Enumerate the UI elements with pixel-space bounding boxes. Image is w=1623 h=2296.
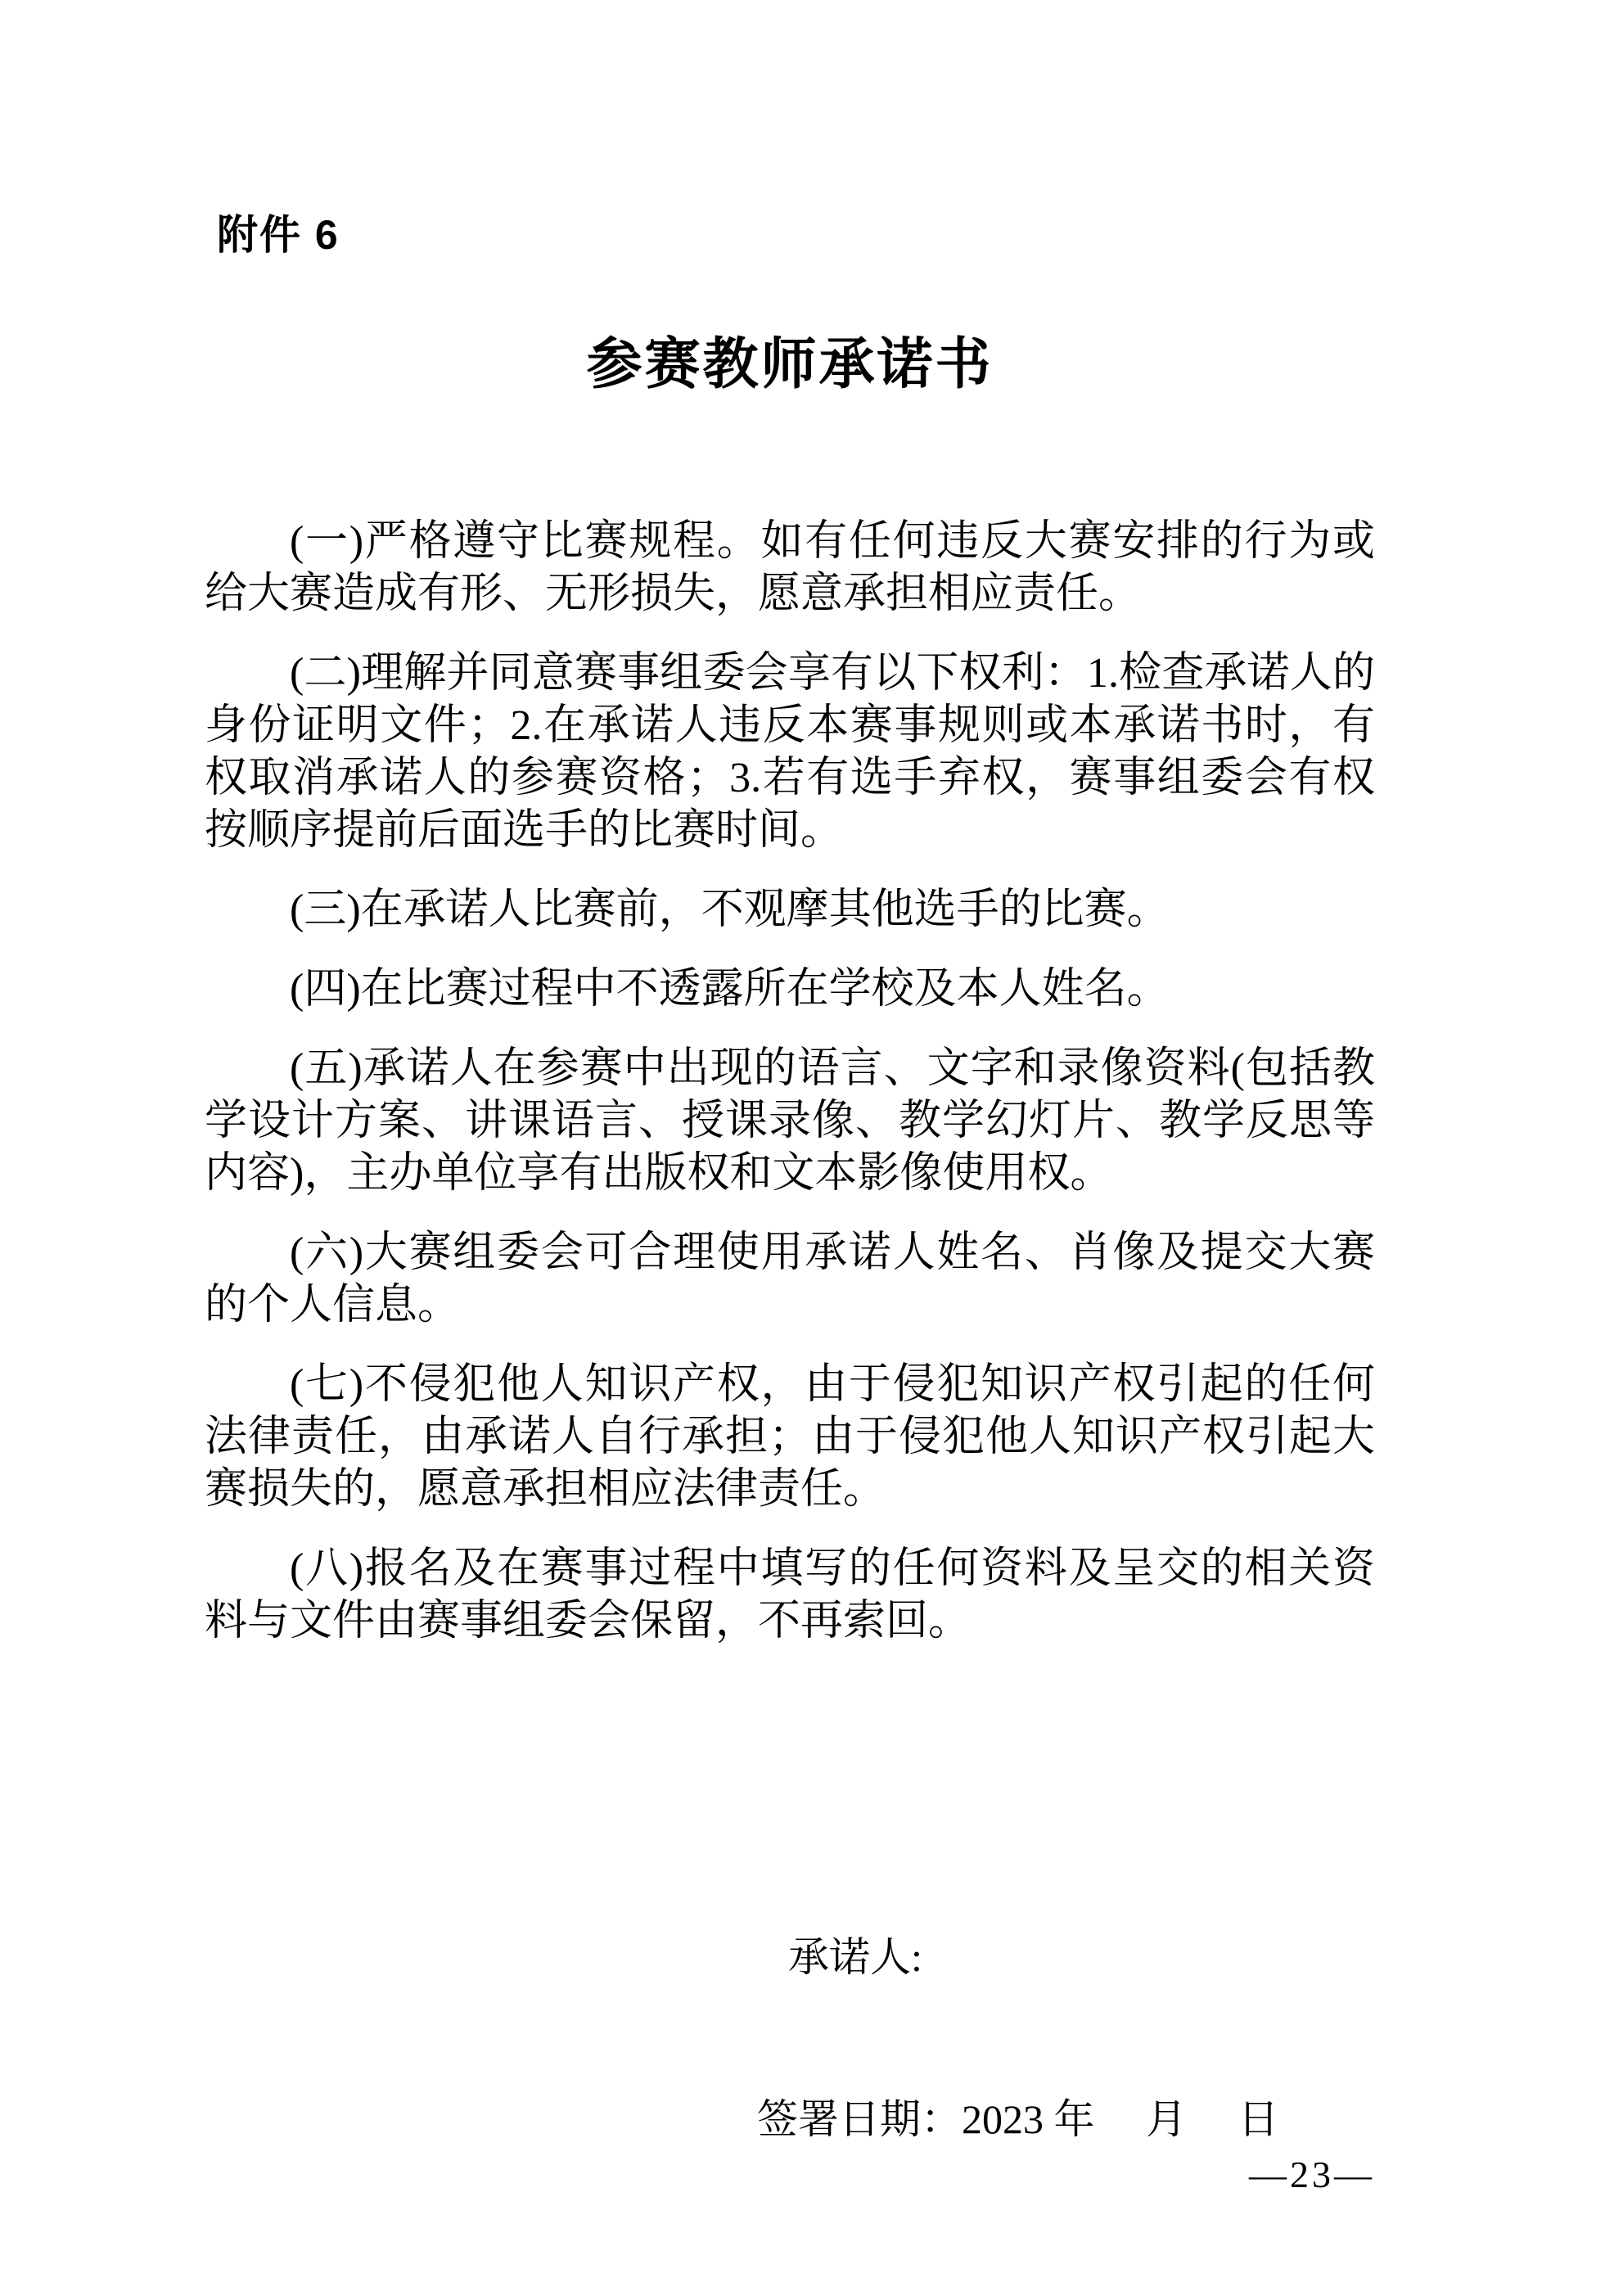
- clause-6: (六)大赛组委会可合理使用承诺人姓名、肖像及提交大赛的个人信息。: [205, 1227, 1375, 1332]
- document-page: 附件 6 参赛教师承诺书 (一)严格遵守比赛规程。如有任何违反大赛安排的行为或给…: [0, 0, 1623, 2296]
- clause-4: (四)在比赛过程中不透露所在学校及本人姓名。: [205, 963, 1375, 1016]
- clause-3: (三)在承诺人比赛前，不观摩其他选手的比赛。: [205, 884, 1375, 936]
- clause-1: (一)严格遵守比赛规程。如有任何违反大赛安排的行为或给大赛造成有形、无形损失，愿…: [205, 516, 1375, 620]
- attachment-label: 附件 6: [217, 213, 340, 258]
- sign-date-line: 签署日期：2023 年 月 日: [757, 2092, 1279, 2146]
- promisor-line: 承诺人:: [757, 1930, 1279, 1984]
- document-body: (一)严格遵守比赛规程。如有任何违反大赛安排的行为或给大赛造成有形、无形损失，愿…: [205, 516, 1375, 1675]
- clause-8: (八)报名及在赛事过程中填写的任何资料及呈交的相关资料与文件由赛事组委会保留，不…: [205, 1543, 1375, 1648]
- clause-5: (五)承诺人在参赛中出现的语言、文字和录像资料(包括教学设计方案、讲课语言、授课…: [205, 1043, 1375, 1200]
- clause-7: (七)不侵犯他人知识产权，由于侵犯知识产权引起的任何法律责任，由承诺人自行承担；…: [205, 1359, 1375, 1516]
- page-number: —23—: [205, 2154, 1375, 2196]
- clause-2: (二)理解并同意赛事组委会享有以下权利：1.检查承诺人的身份证明文件；2.在承诺…: [205, 647, 1375, 857]
- page-title: 参赛教师承诺书: [205, 332, 1375, 399]
